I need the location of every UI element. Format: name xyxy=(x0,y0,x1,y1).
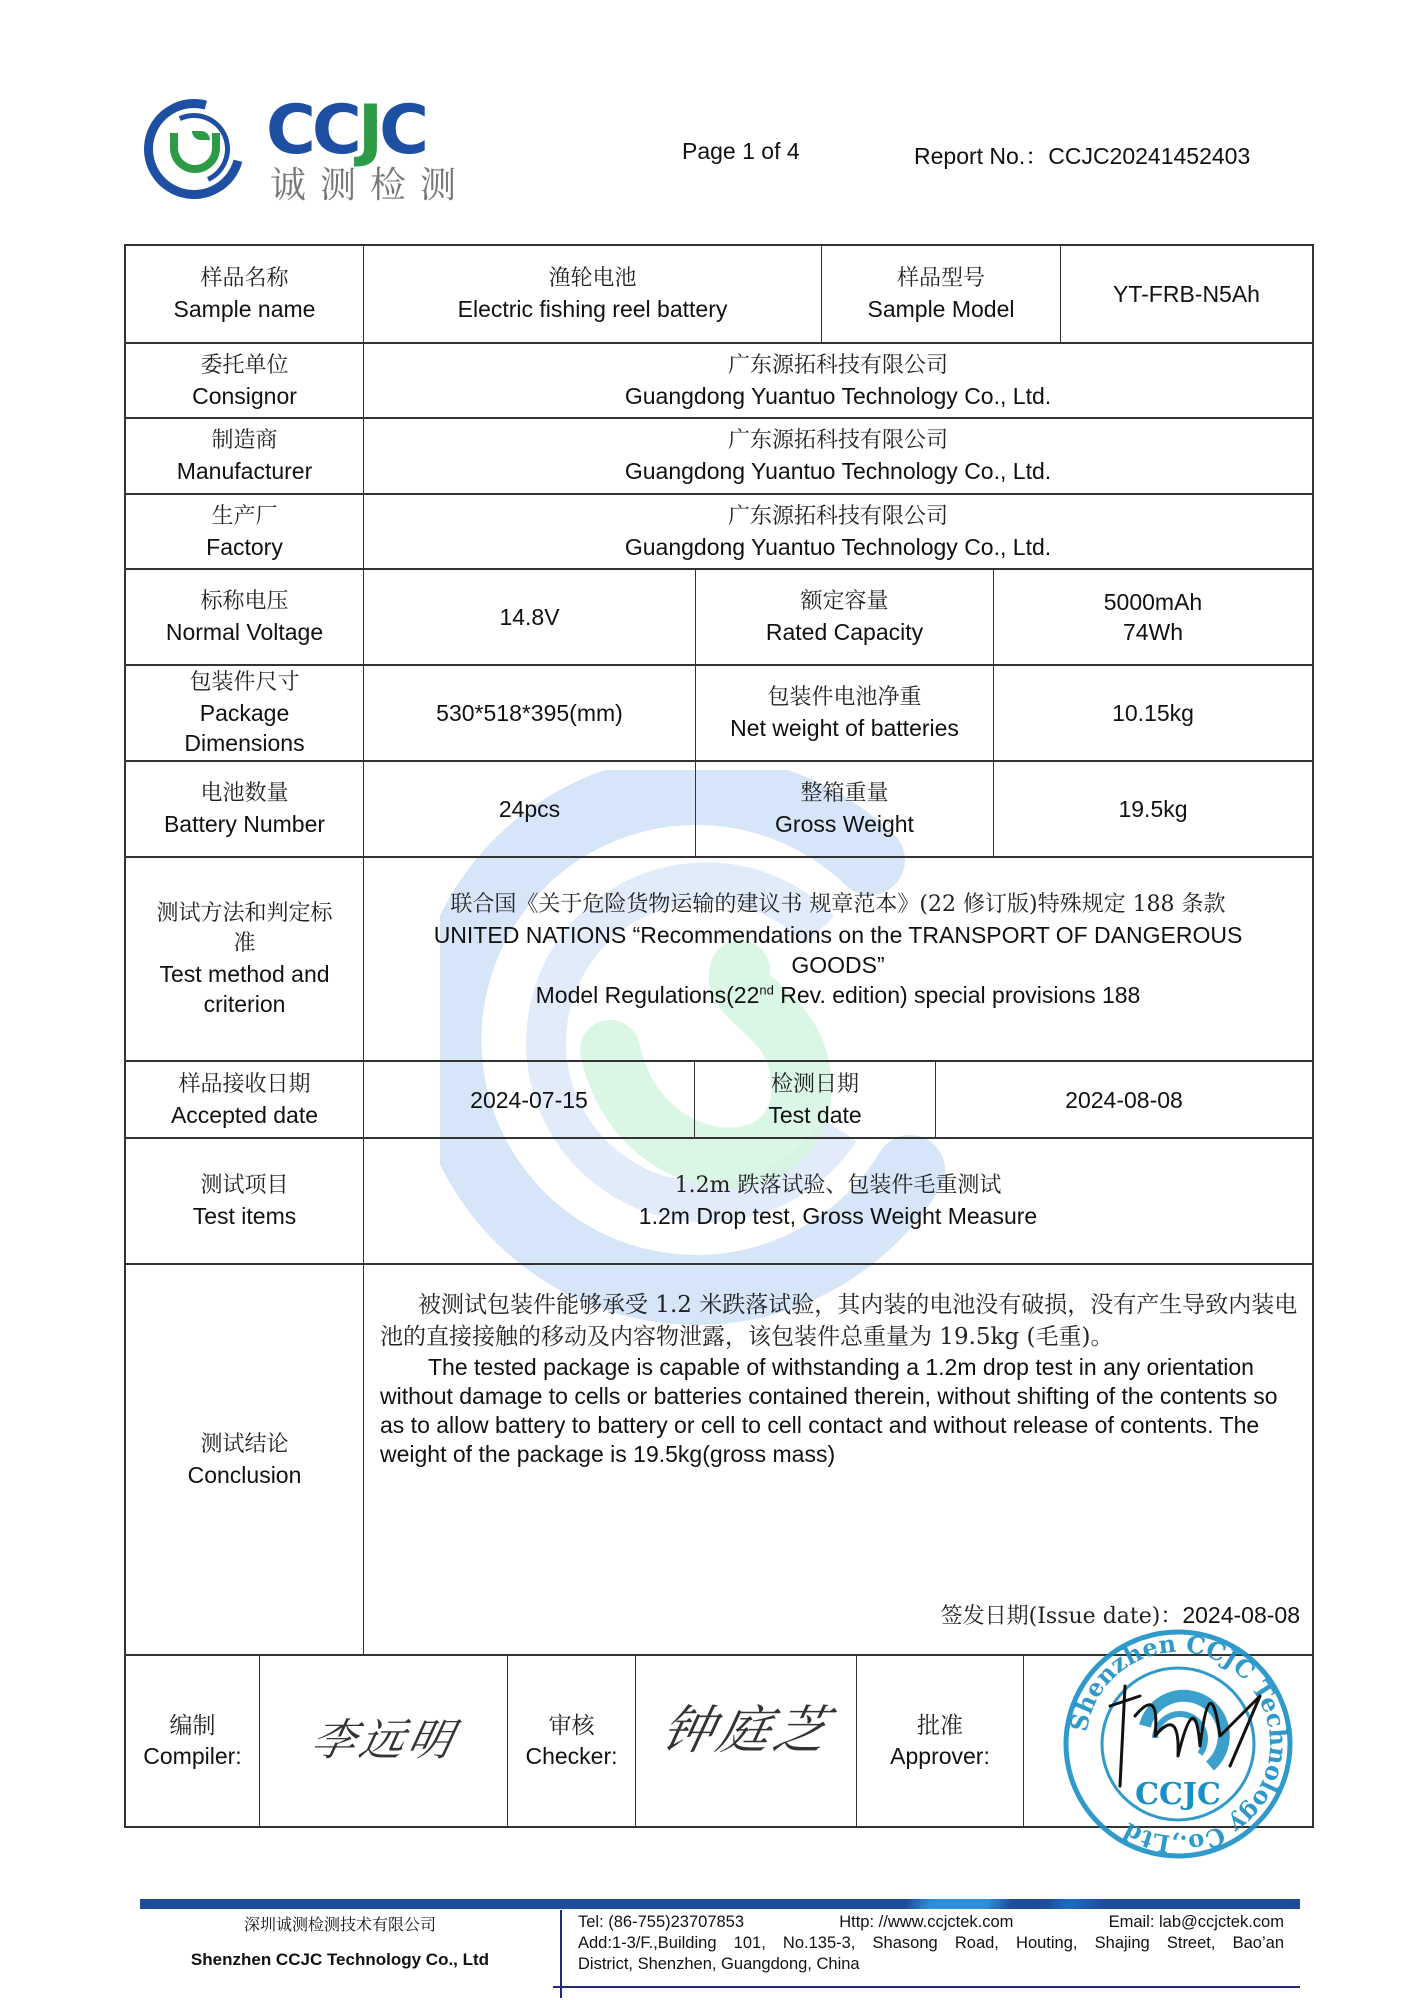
voltage-value: 14.8V xyxy=(363,570,695,664)
conclusion-value: 被测试包装件能够承受 1.2 米跌落试验，其内装的电池没有破损，没有产生导致内装… xyxy=(363,1265,1314,1654)
compiler-signature: 李远明 xyxy=(259,1656,507,1826)
footer-email[interactable]: Email: lab@ccjctek.com xyxy=(1109,1912,1284,1933)
conclusion-label: 测试结论 Conclusion xyxy=(124,1265,363,1654)
manufacturer-value: 广东源拓科技有限公司 Guangdong Yuantuo Technology … xyxy=(363,419,1314,493)
factory-value: 广东源拓科技有限公司 Guangdong Yuantuo Technology … xyxy=(363,495,1314,568)
accepted-date-value: 2024-07-15 xyxy=(363,1062,694,1137)
test-method-model-regulations: Model Regulations(22nd Rev. edition) spe… xyxy=(536,980,1141,1010)
row-battery-gross: 电池数量 Battery Number 24pcs 整箱重量 Gross Wei… xyxy=(124,760,1314,856)
report-table: 样品名称 Sample name 渔轮电池 Electric fishing r… xyxy=(124,244,1314,1828)
consignor-value: 广东源拓科技有限公司 Guangdong Yuantuo Technology … xyxy=(363,344,1314,417)
checker-signature: 钟庭芝 xyxy=(635,1656,856,1826)
logo-wordmark: CCJC xyxy=(266,97,425,165)
net-weight-label: 包装件电池净重 Net weight of batteries xyxy=(695,666,993,760)
footer-band xyxy=(140,1899,1300,1909)
row-consignor: 委托单位 Consignor 广东源拓科技有限公司 Guangdong Yuan… xyxy=(124,342,1314,417)
sample-name-label: 样品名称 Sample name xyxy=(124,246,363,342)
footer-company-en: Shenzhen CCJC Technology Co., Ltd xyxy=(140,1950,540,1970)
row-voltage-capacity: 标称电压 Normal Voltage 14.8V 额定容量 Rated Cap… xyxy=(124,568,1314,664)
voltage-label: 标称电压 Normal Voltage xyxy=(124,570,363,664)
manufacturer-label: 制造商 Manufacturer xyxy=(124,419,363,493)
row-manufacturer: 制造商 Manufacturer 广东源拓科技有限公司 Guangdong Yu… xyxy=(124,417,1314,493)
consignor-label: 委托单位 Consignor xyxy=(124,344,363,417)
ccjc-logo: CCJC 诚测检测 xyxy=(140,95,480,215)
battery-number-label: 电池数量 Battery Number xyxy=(124,762,363,856)
package-dimensions-value: 530*518*395(mm) xyxy=(363,666,695,760)
row-dates: 样品接收日期 Accepted date 2024-07-15 检测日期 Tes… xyxy=(124,1060,1314,1137)
capacity-label: 额定容量 Rated Capacity xyxy=(695,570,993,664)
footer-tel: Tel: (86-755)23707853 xyxy=(578,1912,744,1933)
test-method-value: 联合国《关于危险货物运输的建议书 规章范本》(22 修订版)特殊规定 188 条… xyxy=(363,858,1314,1060)
sample-model-value: YT-FRB-N5Ah xyxy=(1060,246,1314,342)
footer-address-1: Add:1-3/F.,Building 101, No.135-3, Shaso… xyxy=(578,1933,1284,1954)
footer-website[interactable]: Http: //www.ccjctek.com xyxy=(839,1912,1013,1933)
test-method-label: 测试方法和判定标 准 Test method and criterion xyxy=(124,858,363,1060)
report-number: Report No.：CCJC20241452403 xyxy=(914,138,1250,171)
row-signatures: 编制 Compiler: 李远明 审核 Checker: 钟庭芝 批准 Appr… xyxy=(124,1654,1314,1828)
row-test-method: 测试方法和判定标 准 Test method and criterion 联合国… xyxy=(124,856,1314,1060)
sample-name-value: 渔轮电池 Electric fishing reel battery xyxy=(363,246,821,342)
checker-label: 审核 Checker: xyxy=(507,1656,635,1826)
row-test-items: 测试项目 Test items 1.2m 跌落试验、包装件毛重测试 1.2m D… xyxy=(124,1137,1314,1263)
gross-weight-label: 整箱重量 Gross Weight xyxy=(695,762,993,856)
footer-bottom-line xyxy=(553,1986,1300,1988)
row-sample: 样品名称 Sample name 渔轮电池 Electric fishing r… xyxy=(124,244,1314,342)
report-no-label: Report No.： xyxy=(914,143,1048,169)
accepted-date-label: 样品接收日期 Accepted date xyxy=(124,1062,363,1137)
row-package-netweight: 包装件尺寸 Package Dimensions 530*518*395(mm)… xyxy=(124,664,1314,760)
sample-model-label: 样品型号 Sample Model xyxy=(821,246,1060,342)
conclusion-text-en: The tested package is capable of withsta… xyxy=(380,1353,1298,1469)
gross-weight-value: 19.5kg xyxy=(993,762,1314,856)
net-weight-value: 10.15kg xyxy=(993,666,1314,760)
footer-divider xyxy=(560,1910,562,1998)
footer-contact-info: Tel: (86-755)23707853 Http: //www.ccjcte… xyxy=(578,1912,1284,1975)
test-date-label: 检测日期 Test date xyxy=(694,1062,935,1137)
capacity-value: 5000mAh 74Wh xyxy=(993,570,1314,664)
test-date-value: 2024-08-08 xyxy=(935,1062,1314,1137)
approver-signature-cell xyxy=(1023,1656,1314,1826)
test-items-label: 测试项目 Test items xyxy=(124,1139,363,1263)
row-conclusion: 测试结论 Conclusion 被测试包装件能够承受 1.2 米跌落试验，其内装… xyxy=(124,1263,1314,1654)
footer-company-cn: 深圳诚测检测技术有限公司 xyxy=(140,1912,540,1935)
page-indicator: Page 1 of 4 xyxy=(682,138,800,165)
approver-label: 批准 Approver: xyxy=(856,1656,1023,1826)
conclusion-text-cn: 被测试包装件能够承受 1.2 米跌落试验，其内装的电池没有破损，没有产生导致内装… xyxy=(380,1289,1298,1353)
issue-date: 签发日期(Issue date)：2024-08-08 xyxy=(941,1600,1300,1632)
factory-label: 生产厂 Factory xyxy=(124,495,363,568)
test-items-value: 1.2m 跌落试验、包装件毛重测试 1.2m Drop test, Gross … xyxy=(363,1139,1314,1263)
row-factory: 生产厂 Factory 广东源拓科技有限公司 Guangdong Yuantuo… xyxy=(124,493,1314,568)
footer-address-2: District, Shenzhen, Guangdong, China xyxy=(578,1954,1284,1975)
compiler-label: 编制 Compiler: xyxy=(124,1656,259,1826)
report-no-value: CCJC20241452403 xyxy=(1048,143,1250,169)
battery-number-value: 24pcs xyxy=(363,762,695,856)
package-dimensions-label: 包装件尺寸 Package Dimensions xyxy=(124,666,363,760)
logo-cn-text: 诚测检测 xyxy=(270,167,470,203)
